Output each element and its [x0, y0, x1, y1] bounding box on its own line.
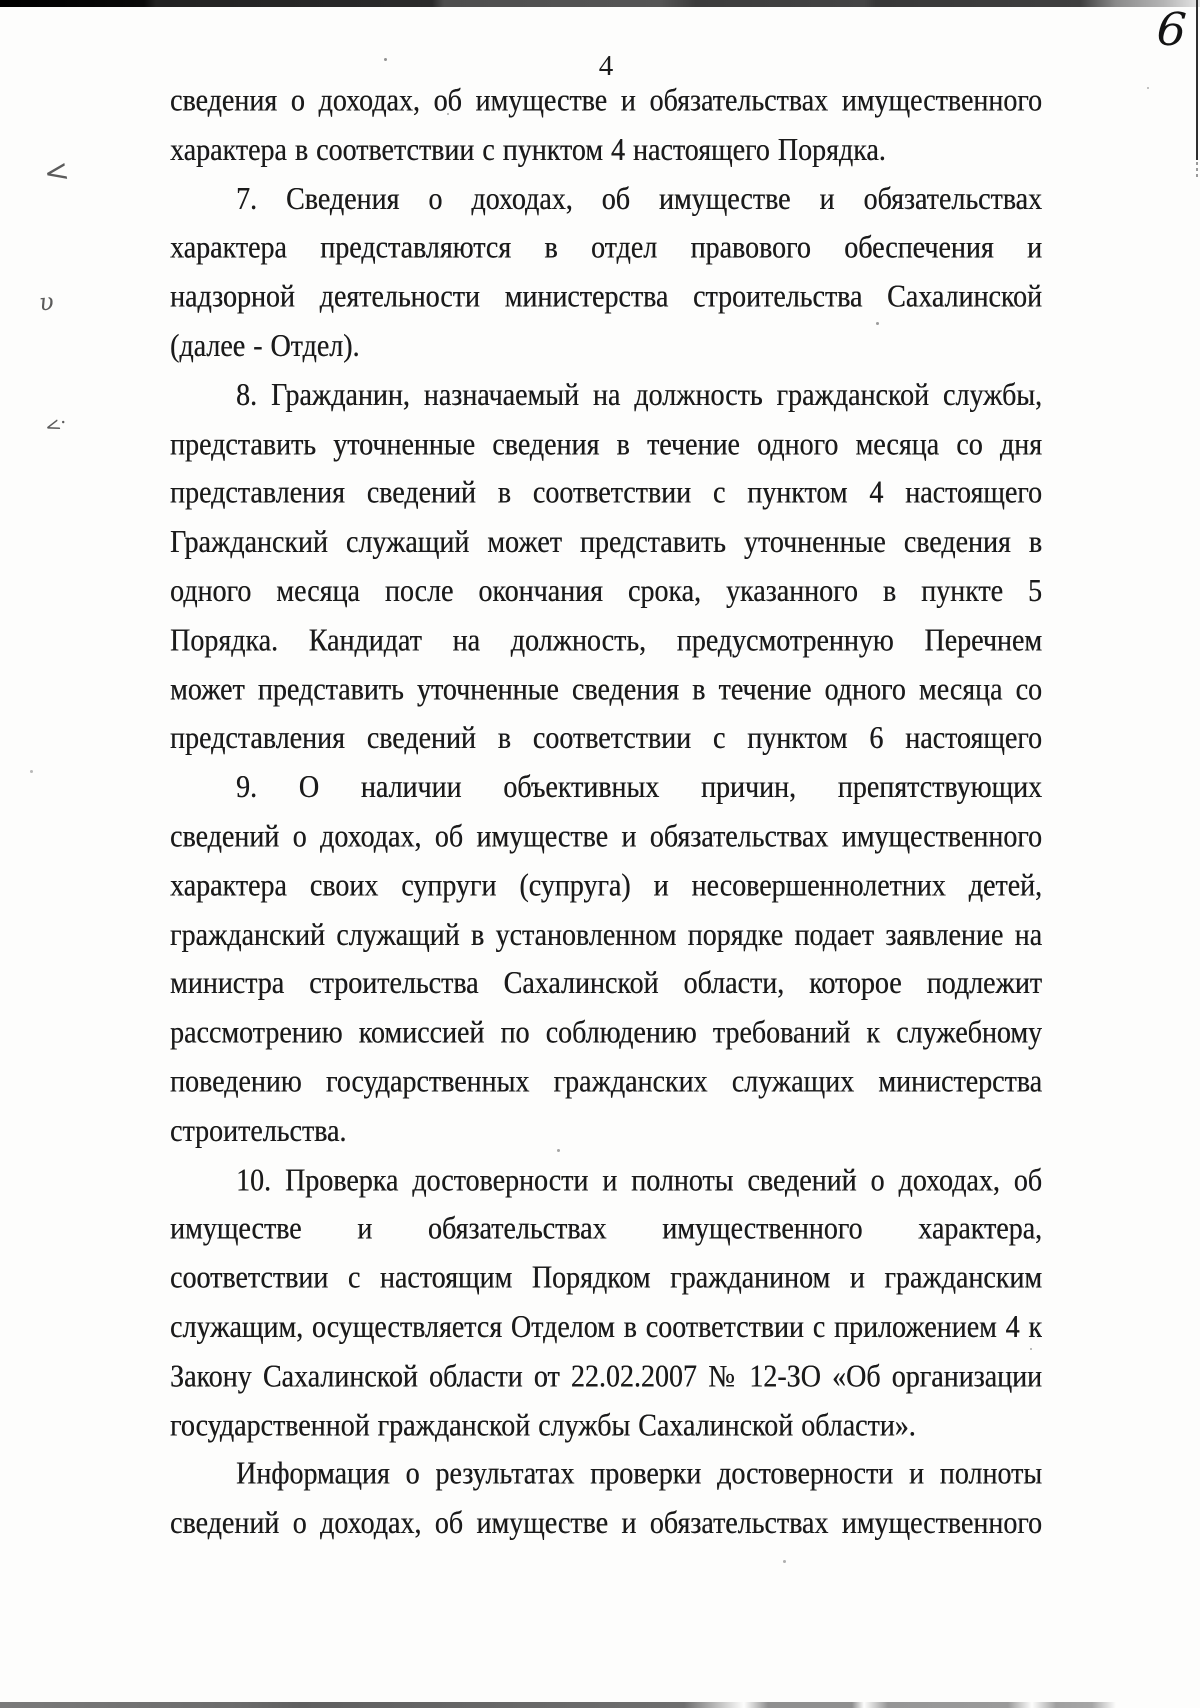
text-line: Гражданский служащий может представить у… — [170, 518, 1042, 567]
text-line: представления сведений в соответствии с … — [170, 469, 1042, 518]
scan-artifact-right-edge-line — [1196, 0, 1198, 160]
text-line: министра строительства Сахалинской облас… — [170, 960, 1042, 1009]
text-line: гражданский служащий в установленном пор… — [170, 911, 1042, 960]
text-line: характера в соответствии с пунктом 4 нас… — [170, 126, 1042, 175]
text-line: рассмотрению комиссией по соблюдению тре… — [170, 1009, 1042, 1058]
scan-noise-speck — [384, 58, 387, 61]
text-line: служащим, осуществляется Отделом в соотв… — [170, 1303, 1042, 1352]
text-line: представления сведений в соответствии с … — [170, 715, 1042, 764]
text-line: одного месяца после окончания срока, ука… — [170, 568, 1042, 617]
scan-artifact-bottom-bar — [0, 1702, 1200, 1708]
scan-noise-speck — [30, 770, 33, 773]
text-line: характера представляются в отдел правово… — [170, 224, 1042, 273]
text-line: поведению государственных гражданских сл… — [170, 1058, 1042, 1107]
text-line: (далее - Отдел). — [170, 322, 1042, 371]
pencil-margin-mark-bottom: <· — [43, 413, 70, 438]
text-line: характера своих супруги (супруга) и несо… — [170, 862, 1042, 911]
text-line: строительства. — [170, 1107, 1042, 1156]
text-line: сведений о доходах, об имуществе и обяза… — [170, 813, 1042, 862]
scan-noise-speck — [612, 205, 614, 207]
text-line: 9. О наличии объективных причин, препятс… — [170, 764, 1042, 813]
scan-noise-speck — [1030, 1348, 1032, 1350]
text-line: сведений о доходах, об имуществе и обяза… — [170, 1500, 1042, 1549]
text-line: государственной гражданской службы Сахал… — [170, 1401, 1042, 1450]
text-line: 10. Проверка достоверности и полноты све… — [170, 1156, 1042, 1205]
text-line: соответствии с настоящим Порядком гражда… — [170, 1254, 1042, 1303]
text-line: представить уточненные сведения в течени… — [170, 420, 1042, 469]
text-line: может представить уточненные сведения в … — [170, 666, 1042, 715]
text-line: 7. Сведения о доходах, об имуществе и об… — [170, 175, 1042, 224]
document-body-text: сведения о доходах, об имуществе и обяза… — [170, 77, 1042, 1549]
scan-noise-speck — [783, 1560, 786, 1563]
text-line: Закону Сахалинской области от 22.02.2007… — [170, 1352, 1042, 1401]
scan-artifact-top-bar — [0, 0, 1200, 7]
scan-noise-speck — [1147, 87, 1149, 89]
text-line: имуществе и обязательствах имущественног… — [170, 1205, 1042, 1254]
text-line: сведения о доходах, об имуществе и обяза… — [170, 77, 1042, 126]
text-line: 8. Гражданин, назначаемый на должность г… — [170, 371, 1042, 420]
scan-noise-speck — [876, 322, 879, 325]
scan-noise-speck — [557, 1149, 560, 1152]
scanned-document-page: 6 4 < υ <· сведения о доходах, об имущес… — [0, 0, 1200, 1708]
text-line: Порядка. Кандидат на должность, предусмо… — [170, 617, 1042, 666]
handwritten-page-mark: 6 — [1155, 5, 1187, 53]
scan-noise-speck — [447, 113, 449, 115]
text-line: Информация о результатах проверки достов… — [170, 1450, 1042, 1499]
pencil-margin-mark-middle: υ — [38, 289, 55, 314]
pencil-margin-mark-top: < — [42, 156, 72, 190]
text-line: надзорной деятельности министерства стро… — [170, 273, 1042, 322]
